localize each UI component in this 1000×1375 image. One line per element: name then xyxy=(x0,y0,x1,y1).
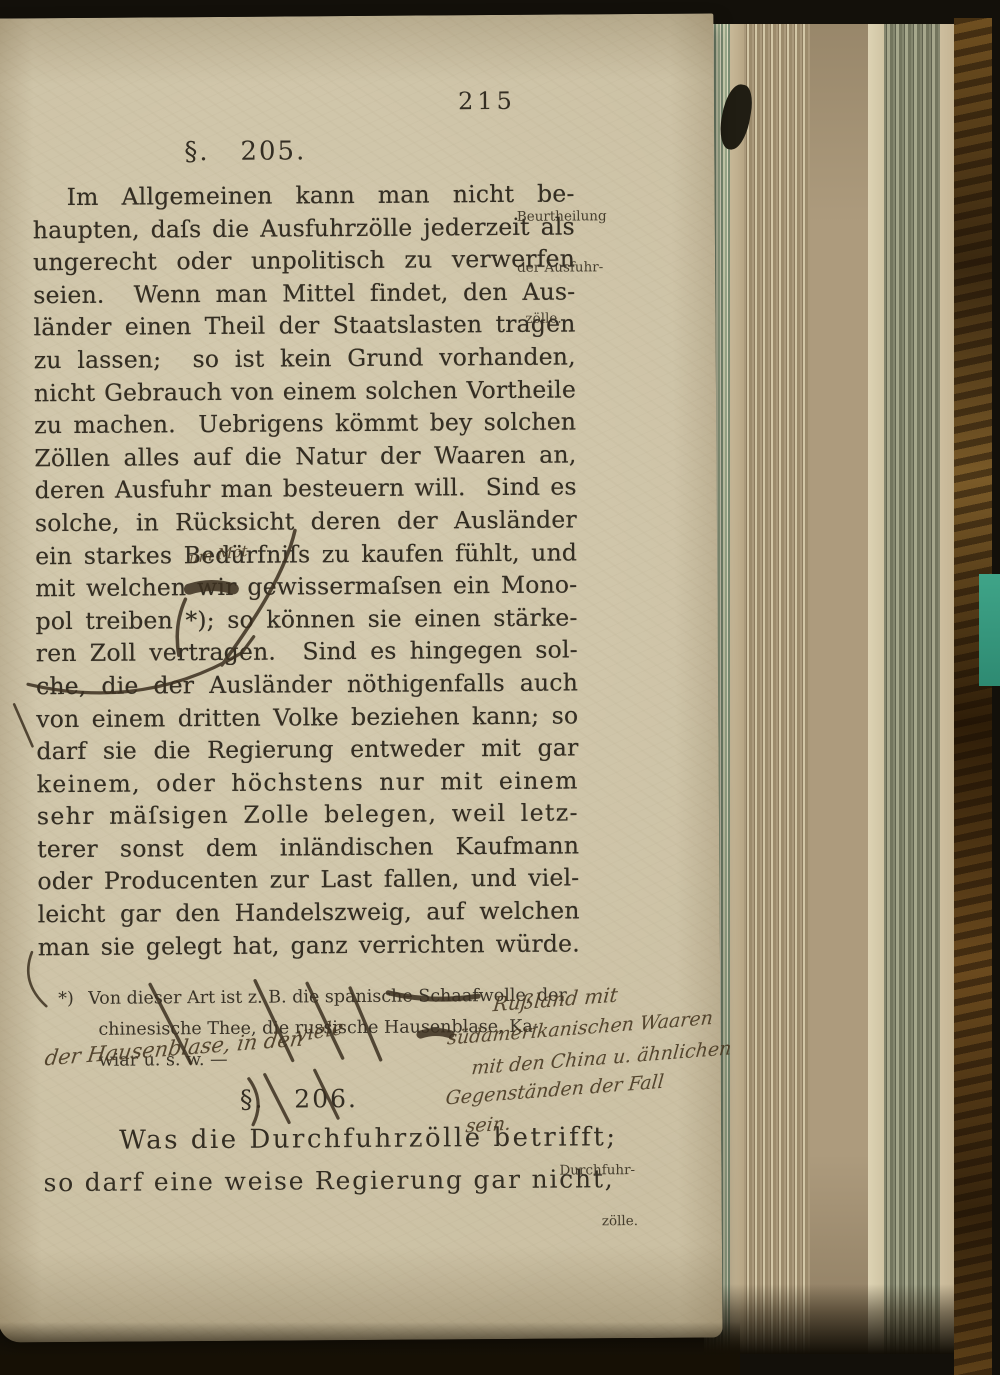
body-line: deren Ausfuhr man besteuern will. Sind e… xyxy=(35,471,577,507)
footnote-marker: *) xyxy=(58,984,88,1015)
fore-edge-band xyxy=(744,24,810,1354)
body-line-durchfuhrzoelle: Was die Durchfuhrzölle betrifft; xyxy=(119,1122,618,1155)
body-line: man sie gelegt hat, ganz verrichten würd… xyxy=(38,927,580,963)
body-line: zu machen. Uebrigens kömmt bey solchen xyxy=(34,406,576,442)
fore-edge-band xyxy=(868,24,884,1354)
body-line: terer sonst dem inländischen Kaufmann xyxy=(37,829,579,865)
fore-edge-band xyxy=(730,24,744,1354)
body-line: länder einen Theil der Staatslasten trag… xyxy=(33,308,575,344)
body-line-with-correction: mit welchen wir gewissermaſsen ein Mono- xyxy=(35,569,577,605)
book-fore-edge xyxy=(704,24,964,1354)
section-heading-205: §. 205. xyxy=(120,136,370,168)
marbled-cover-edge xyxy=(954,18,992,1375)
body-line: haupten, daſs die Ausfuhrzölle jederzeit… xyxy=(33,210,575,246)
margin-note-line: Durchfuhr- xyxy=(559,1162,637,1180)
body-line: seien. Wenn man Mittel findet, den Aus- xyxy=(33,275,575,311)
body-line: leicht gar den Handelszweig, auf welchen xyxy=(38,895,580,931)
scanned-page: 215 §. 205. Beurtheilung der Ausfuhr- zö… xyxy=(0,13,723,1342)
page-bottom-shadow xyxy=(0,1322,740,1375)
body-line: ungerecht oder unpolitisch zu verwerfen xyxy=(33,243,575,279)
body-line: che, die der Ausländer nöthigenfalls auc… xyxy=(36,666,578,702)
body-line: pol treiben *); so können sie einen stär… xyxy=(35,601,577,637)
margin-slash xyxy=(14,704,32,746)
book-scan-scene: 215 §. 205. Beurtheilung der Ausfuhr- zö… xyxy=(0,0,1000,1375)
body-line: Im Allgemeinen kann man nicht be- xyxy=(33,177,575,213)
body-line: zu lassen; so ist kein Grund vorhanden, xyxy=(34,340,576,376)
page-number: 215 xyxy=(422,87,552,116)
handwriting-right-note-line: sein. xyxy=(464,1113,512,1138)
crossed-out-word: wir xyxy=(197,573,237,601)
main-paragraph: Im Allgemeinen kann man nicht be- haupte… xyxy=(33,177,580,963)
body-line: so darf eine weise Regierung gar nicht, xyxy=(43,1164,614,1197)
body-line: keinem, oder höchstens nur mit einem xyxy=(37,764,579,800)
body-line: sehr mäſsigen Zolle belegen, weil letz- xyxy=(37,797,579,833)
body-line: Zöllen alles auf die Natur der Waaren an… xyxy=(34,438,576,474)
body-line: oder Producenten zur Last fallen, und vi… xyxy=(37,862,579,898)
fore-edge-band xyxy=(884,24,940,1354)
body-line: nicht Gebrauch von einem solchen Vorthei… xyxy=(34,373,576,409)
teal-background-patch xyxy=(979,574,1000,686)
body-line: darf sie die Regierung entweder mit gar xyxy=(36,732,578,768)
margin-note-durchfuhrzoelle: Durchfuhr- zölle. xyxy=(559,1128,638,1265)
body-text: mit welchen xyxy=(35,573,197,602)
body-line: solche, in Rücksicht deren der Ausländer xyxy=(35,503,577,539)
body-text: gewissermaſsen ein Mono- xyxy=(236,571,577,601)
body-line: von einem dritten Volke beziehen kann; s… xyxy=(36,699,578,735)
fore-edge-band xyxy=(810,24,868,1354)
section-heading-206-crossed-out: §. 206. xyxy=(179,1084,419,1115)
body-line: ren Zoll vertragen. Sind es hingegen sol… xyxy=(36,634,578,670)
body-line: ein starkes Bedürfniſs zu kaufen fühlt, … xyxy=(35,536,577,572)
margin-note-line: zölle. xyxy=(602,1213,638,1230)
